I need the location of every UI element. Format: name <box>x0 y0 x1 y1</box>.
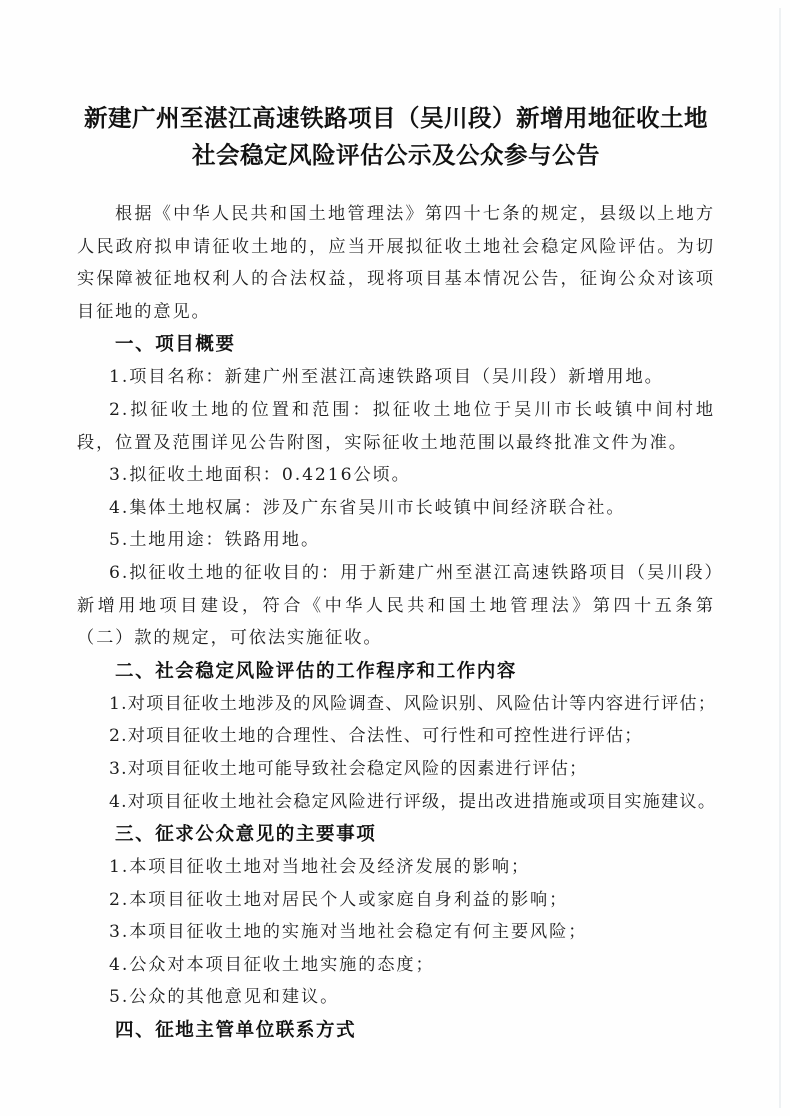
intro-paragraph: 根据《中华人民共和国土地管理法》第四十七条的规定，县级以上地方人民政府拟申请征收… <box>77 198 715 328</box>
section-contact-info: 四、征地主管单位联系方式 <box>77 1014 715 1047</box>
list-item: 3.对项目征收土地可能导致社会稳定风险的因素进行评估； <box>77 753 715 786</box>
title-line-2: 社会稳定风险评估公示及公众参与公告 <box>73 137 719 174</box>
list-item: 1.本项目征收土地对当地社会及经济发展的影响； <box>77 851 715 884</box>
document-body: 根据《中华人民共和国土地管理法》第四十七条的规定，县级以上地方人民政府拟申请征收… <box>77 198 715 1047</box>
section-assessment-procedure: 二、社会稳定风险评估的工作程序和工作内容 1.对项目征收土地涉及的风险调查、风险… <box>77 655 715 818</box>
list-item: 5.公众的其他意见和建议。 <box>77 981 715 1014</box>
list-item: 3.拟征收土地面积：0.4216公顷。 <box>77 459 715 492</box>
list-item: 4.公众对本项目征收土地实施的态度； <box>77 949 715 982</box>
section-project-overview: 一、项目概要 1.项目名称：新建广州至湛江高速铁路项目（吴川段）新增用地。 2.… <box>77 328 715 654</box>
list-item: 3.本项目征收土地的实施对当地社会稳定有何主要风险； <box>77 916 715 949</box>
list-item: 2.对项目征收土地的合理性、合法性、可行性和可控性进行评估； <box>77 720 715 753</box>
document-content: 新建广州至湛江高速铁路项目（吴川段）新增用地征收土地 社会稳定风险评估公示及公众… <box>77 100 715 1047</box>
section-public-opinion-matters: 三、征求公众意见的主要事项 1.本项目征收土地对当地社会及经济发展的影响； 2.… <box>77 818 715 1014</box>
list-item: 4.对项目征收土地社会稳定风险进行评级，提出改进措施或项目实施建议。 <box>77 786 715 819</box>
document-page: 新建广州至湛江高速铁路项目（吴川段）新增用地征收土地 社会稳定风险评估公示及公众… <box>0 0 790 1116</box>
section-heading: 三、征求公众意见的主要事项 <box>77 818 715 851</box>
list-item: 5.土地用途：铁路用地。 <box>77 524 715 557</box>
section-heading: 一、项目概要 <box>77 328 715 361</box>
list-item: 1.项目名称：新建广州至湛江高速铁路项目（吴川段）新增用地。 <box>77 361 715 394</box>
section-heading: 二、社会稳定风险评估的工作程序和工作内容 <box>77 655 715 688</box>
section-heading: 四、征地主管单位联系方式 <box>77 1014 715 1047</box>
list-item: 2.拟征收土地的位置和范围：拟征收土地位于吴川市长岐镇中间村地段，位置及范围详见… <box>77 394 715 459</box>
title-line-1: 新建广州至湛江高速铁路项目（吴川段）新增用地征收土地 <box>73 100 719 137</box>
list-item: 6.拟征收土地的征收目的：用于新建广州至湛江高速铁路项目（吴川段）新增用地项目建… <box>77 557 715 655</box>
list-item: 2.本项目征收土地对居民个人或家庭自身利益的影响； <box>77 884 715 917</box>
list-item: 4.集体土地权属：涉及广东省吴川市长岐镇中间经济联合社。 <box>77 492 715 525</box>
document-title: 新建广州至湛江高速铁路项目（吴川段）新增用地征收土地 社会稳定风险评估公示及公众… <box>73 100 719 174</box>
list-item: 1.对项目征收土地涉及的风险调查、风险识别、风险估计等内容进行评估； <box>77 688 715 721</box>
scan-edge-divider <box>779 8 781 1108</box>
